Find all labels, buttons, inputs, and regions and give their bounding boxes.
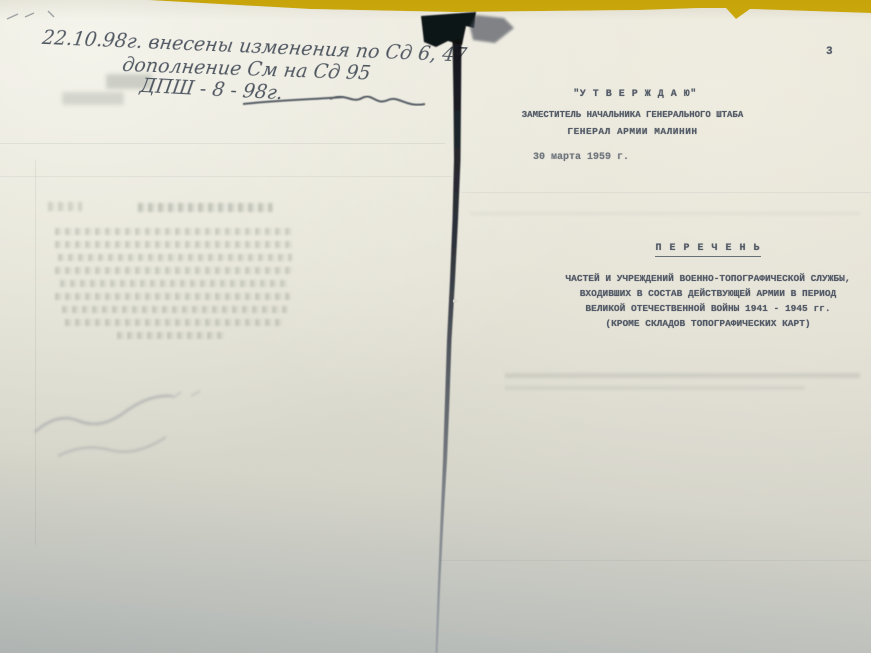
approver-rank-name: ГЕНЕРАЛ АРМИИ МАЛИНИН	[505, 126, 760, 137]
bleedthrough-margin-mark	[48, 202, 82, 211]
crease-line	[0, 143, 445, 144]
approver-title: ЗАМЕСТИТЕЛЬ НАЧАЛЬНИКА ГЕНЕРАЛЬНОГО ШТАБ…	[505, 110, 760, 120]
list-subtitle: ЧАСТЕЙ И УЧРЕЖДЕНИЙ ВОЕННО-ТОПОГРАФИЧЕСК…	[553, 271, 863, 316]
list-subtitle-line-3: ВЕЛИКОЙ ОТЕЧЕСТВЕННОЙ ВОЙНЫ 1941 - 1945 …	[553, 301, 863, 316]
list-heading: П Е Р Е Ч Е Н Ь	[655, 243, 760, 257]
list-subtitle-line-1: ЧАСТЕЙ И УЧРЕЖДЕНИЙ ВОЕННО-ТОПОГРАФИЧЕСК…	[553, 271, 863, 286]
crease-line	[462, 192, 871, 193]
crease-line	[0, 176, 452, 177]
crease-line	[440, 560, 871, 561]
list-heading-wrap: П Е Р Е Ч Е Н Ь	[553, 237, 863, 257]
crease-line	[35, 160, 36, 545]
bleedthrough-heading	[138, 203, 273, 212]
approval-date: 30 марта 1959 г.	[533, 152, 629, 163]
page-number: 3	[826, 46, 833, 58]
approval-stamp-line: "У Т В Е Р Ж Д А Ю"	[520, 89, 750, 100]
bleedthrough-paragraph	[55, 228, 300, 345]
bleedthrough-streak	[505, 386, 805, 390]
stamp-remnant	[62, 92, 124, 105]
bleedthrough-streak	[505, 373, 860, 378]
list-subtitle-line-2: ВХОДИВШИХ В СОСТАВ ДЕЙСТВУЮЩЕЙ АРМИИ В П…	[553, 286, 863, 301]
document-paper: 22.10.98г. внесены изменения по Сд 6, 47…	[0, 0, 871, 653]
bleedthrough-streak	[470, 212, 860, 215]
document-photo: 22.10.98г. внесены изменения по Сд 6, 47…	[0, 0, 871, 653]
list-parenthetical: (КРОМЕ СКЛАДОВ ТОПОГРАФИЧЕСКИХ КАРТ)	[553, 318, 863, 329]
